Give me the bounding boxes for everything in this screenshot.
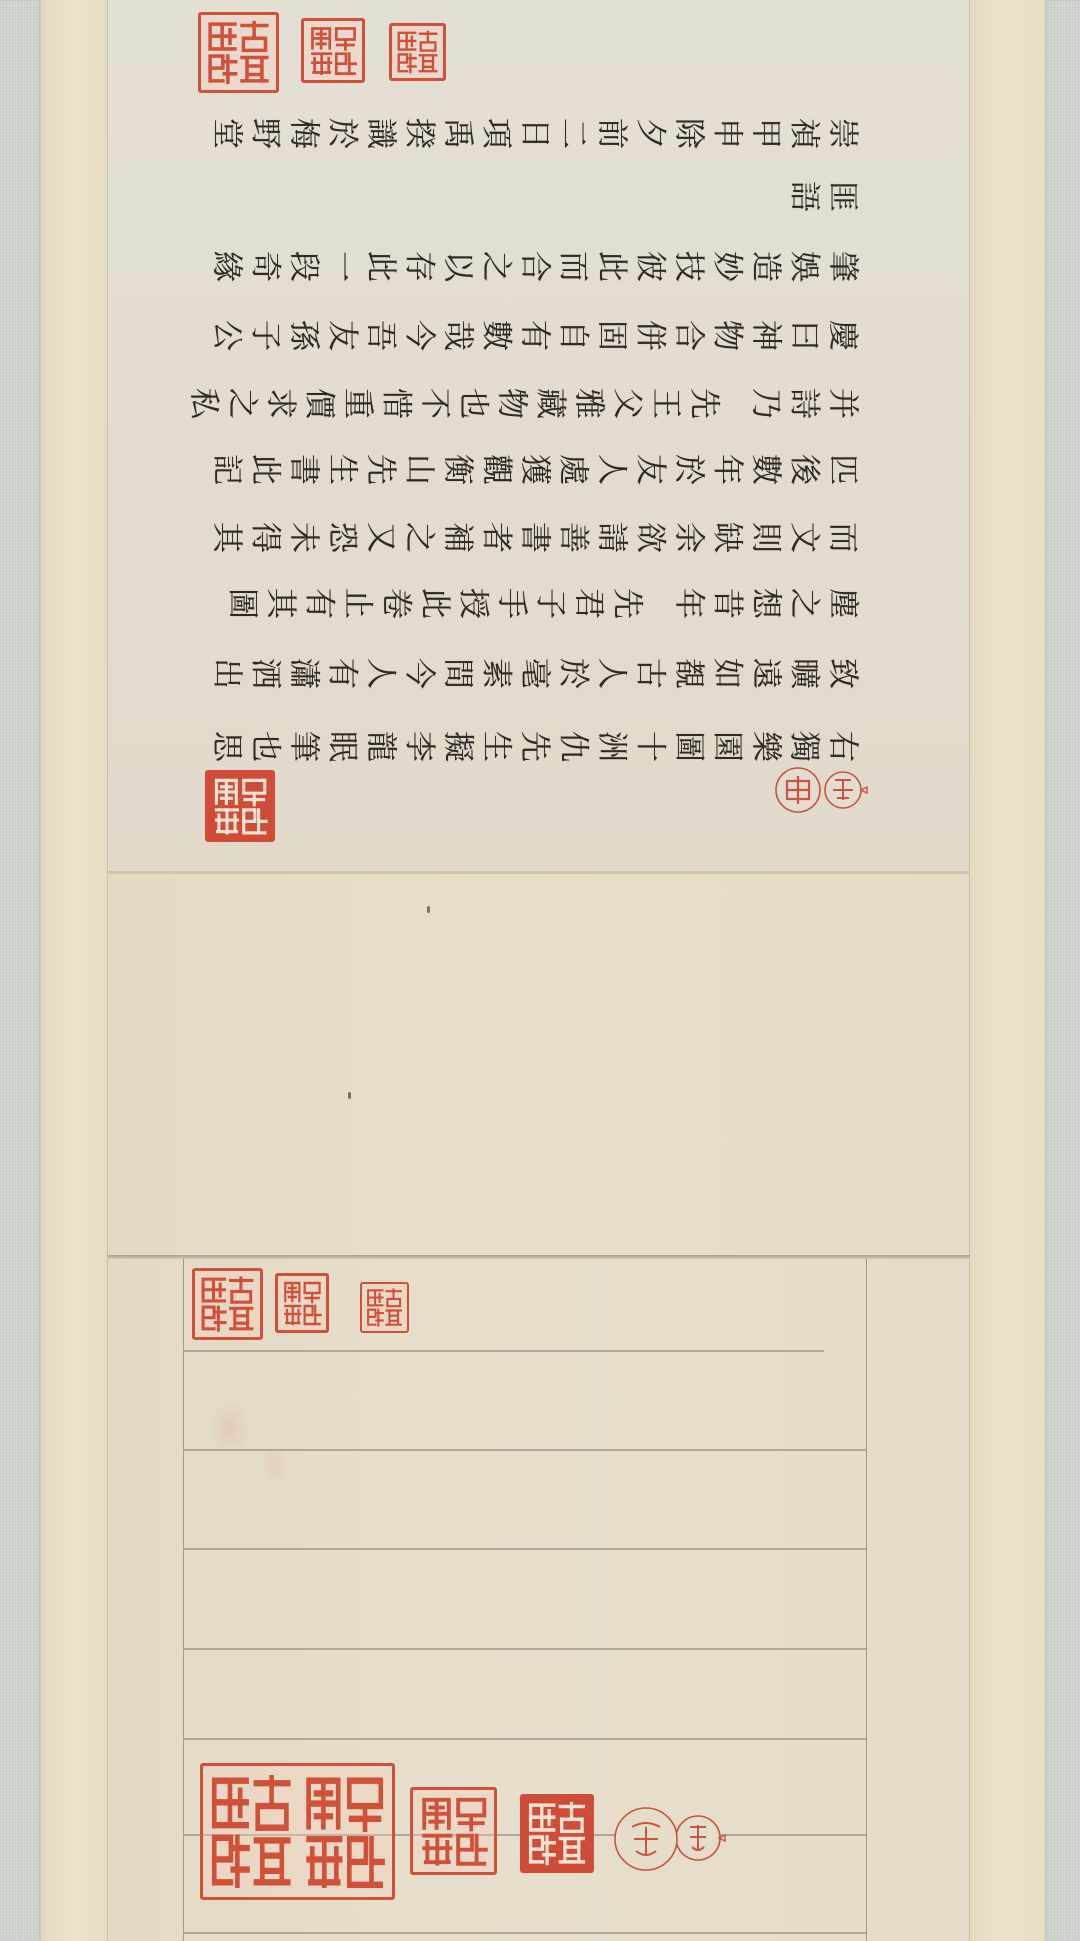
colophon-column: 而文則缺余欲請善書者補之又恐未得其 [170, 514, 860, 554]
colophon-column: 塵之想昔年 先君子手授此卷止有其圖 [170, 580, 860, 620]
seal-stamp [192, 1268, 263, 1340]
seal-stamp [389, 23, 446, 81]
mount-border-left [41, 0, 107, 1941]
rule-line-horizontal [183, 1932, 866, 1934]
blank-separator-paper [107, 874, 970, 1255]
seal-stamp [301, 18, 365, 83]
seal-stamp [410, 1787, 497, 1875]
paper-speck [427, 906, 430, 913]
rule-line-vertical [183, 1259, 184, 1941]
colophon-column: 致曠遠如覩古人於毫素間今人有瀟洒出 [170, 650, 860, 690]
signature-date-column: 崇禎甲申除夕前二日項禹揆識於梅野堂 [170, 110, 860, 150]
seal-stamp [520, 1794, 594, 1873]
colophon-column: 肇娛造妙技彼此而合之以存此一段奇緣 [170, 243, 860, 283]
rule-line-horizontal [183, 1738, 866, 1740]
colophon-column: 并詩乃 先王父雅藏物也不惜重價求之私 [170, 380, 860, 420]
colophon-column: 慶曰神物合併固自有數哉今吾友孫子公 [170, 312, 860, 352]
rule-line-horizontal [183, 1648, 866, 1650]
gourd-seal [773, 766, 869, 814]
seal-stamp [205, 770, 275, 842]
colophon-column: 匹後數年於友人處獲觀衡山先生書此記 [170, 446, 860, 486]
faded-seal-offset [185, 1380, 335, 1500]
silk-border-left [0, 0, 41, 1941]
rule-line-vertical [866, 1259, 867, 1941]
seal-stamp [198, 12, 279, 93]
seal-stamp [360, 1282, 409, 1333]
large-seal-stamp [200, 1763, 395, 1900]
mount-border-right [970, 0, 1045, 1941]
paper-speck [348, 1092, 351, 1099]
rule-line-horizontal [183, 1548, 866, 1550]
colophon-column: 右獨樂園圖十洲仇先生擬李龍眠筆也思 [170, 723, 860, 763]
silk-border-right [1045, 0, 1080, 1941]
seal-stamp [275, 1273, 329, 1333]
colophon-column: 匪語 [170, 173, 860, 213]
gourd-seal [612, 1805, 726, 1873]
rule-line-horizontal [183, 1350, 824, 1352]
